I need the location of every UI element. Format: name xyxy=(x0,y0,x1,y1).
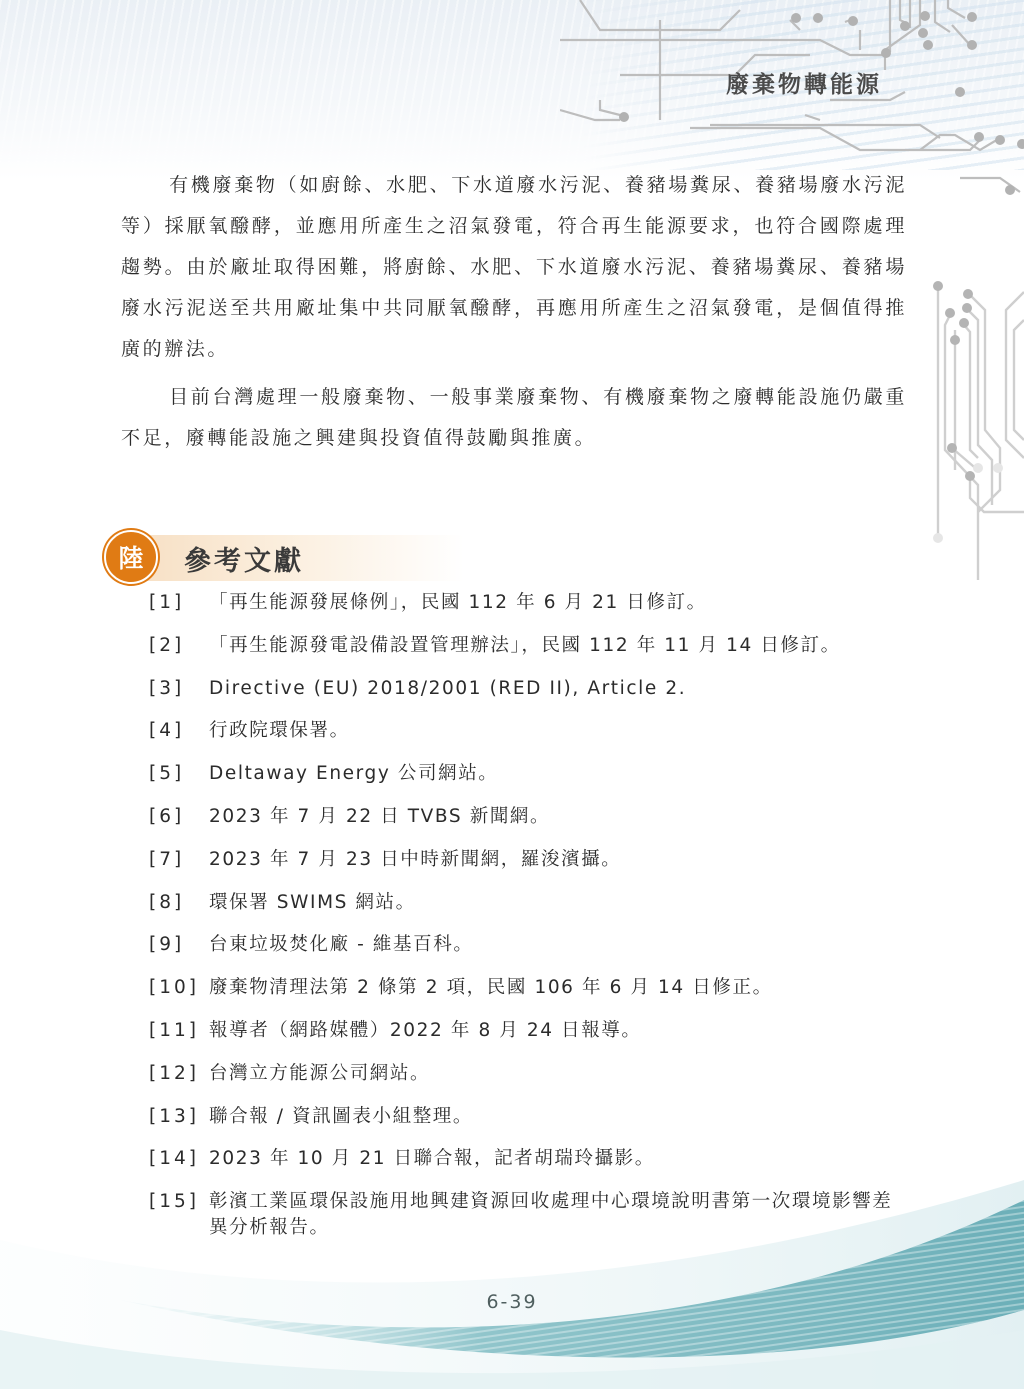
reference-text: 台東垃圾焚化廠 - 維基百科。 xyxy=(209,932,919,958)
footer-wave-background xyxy=(0,1180,1024,1389)
reference-number: [3] xyxy=(149,676,184,702)
reference-text: 報導者（網路媒體）2022 年 8 月 24 日報導。 xyxy=(209,1018,919,1044)
section-title: 參考文獻 xyxy=(184,539,304,578)
reference-item: [1]「再生能源發展條例」，民國 112 年 6 月 21 日修訂。 xyxy=(149,590,919,616)
reference-text: 「再生能源發展條例」，民國 112 年 6 月 21 日修訂。 xyxy=(209,590,919,616)
reference-number: [13] xyxy=(149,1104,199,1130)
paragraph-text: 有機廢棄物（如廚餘、水肥、下水道廢水污泥、養豬場糞尿、養豬場廢水污泥等）採厭氧醱… xyxy=(121,174,907,360)
reference-text: 「再生能源發電設備設置管理辦法」，民國 112 年 11 月 14 日修訂。 xyxy=(209,633,919,659)
running-header-title: 廢棄物轉能源 xyxy=(726,66,882,99)
reference-text: 環保署 SWIMS 網站。 xyxy=(209,890,919,916)
paragraph-text: 目前台灣處理一般廢棄物、一般事業廢棄物、有機廢棄物之廢轉能設施仍嚴重不足，廢轉能… xyxy=(121,386,907,449)
reference-number: [11] xyxy=(149,1018,199,1044)
reference-item: [10]廢棄物清理法第 2 條第 2 項，民國 106 年 6 月 14 日修正… xyxy=(149,975,919,1001)
reference-item: [12]台灣立方能源公司網站。 xyxy=(149,1061,919,1087)
reference-text: Deltaway Energy 公司網站。 xyxy=(209,761,919,787)
body-paragraph-1: 有機廢棄物（如廚餘、水肥、下水道廢水污泥、養豬場糞尿、養豬場廢水污泥等）採厭氧醱… xyxy=(121,165,907,370)
reference-text: 台灣立方能源公司網站。 xyxy=(209,1061,919,1087)
references-list: [1]「再生能源發展條例」，民國 112 年 6 月 21 日修訂。 [2]「再… xyxy=(149,590,919,1258)
reference-number: [2] xyxy=(149,633,184,659)
reference-text: 行政院環保署。 xyxy=(209,718,919,744)
reference-number: [7] xyxy=(149,847,184,873)
reference-item: [6]2023 年 7 月 22 日 TVBS 新聞網。 xyxy=(149,804,919,830)
reference-text: 2023 年 7 月 23 日中時新聞網，羅浚濱攝。 xyxy=(209,847,919,873)
reference-text: Directive (EU) 2018/2001 (RED II), Artic… xyxy=(209,676,919,702)
body-paragraph-2: 目前台灣處理一般廢棄物、一般事業廢棄物、有機廢棄物之廢轉能設施仍嚴重不足，廢轉能… xyxy=(121,377,907,459)
reference-number: [8] xyxy=(149,890,184,916)
reference-text: 聯合報 / 資訊圖表小組整理。 xyxy=(209,1104,919,1130)
reference-number: [1] xyxy=(149,590,184,616)
reference-number: [12] xyxy=(149,1061,199,1087)
reference-number: [5] xyxy=(149,761,184,787)
reference-item: [13]聯合報 / 資訊圖表小組整理。 xyxy=(149,1104,919,1130)
section-heading: 陸 參考文獻 xyxy=(104,530,464,586)
wave-graphic xyxy=(0,1180,1024,1389)
reference-number: [6] xyxy=(149,804,184,830)
section-number-badge: 陸 xyxy=(104,530,158,584)
reference-item: [7]2023 年 7 月 23 日中時新聞網，羅浚濱攝。 xyxy=(149,847,919,873)
reference-item: [4]行政院環保署。 xyxy=(149,718,919,744)
reference-text: 2023 年 10 月 21 日聯合報，記者胡瑞玲攝影。 xyxy=(209,1146,919,1172)
reference-item: [8]環保署 SWIMS 網站。 xyxy=(149,890,919,916)
reference-item: [14]2023 年 10 月 21 日聯合報，記者胡瑞玲攝影。 xyxy=(149,1146,919,1172)
reference-item: [3]Directive (EU) 2018/2001 (RED II), Ar… xyxy=(149,676,919,702)
reference-text: 2023 年 7 月 22 日 TVBS 新聞網。 xyxy=(209,804,919,830)
reference-number: [4] xyxy=(149,718,184,744)
reference-number: [14] xyxy=(149,1146,199,1172)
reference-number: [9] xyxy=(149,932,184,958)
reference-item: [2]「再生能源發電設備設置管理辦法」，民國 112 年 11 月 14 日修訂… xyxy=(149,633,919,659)
reference-item: [5]Deltaway Energy 公司網站。 xyxy=(149,761,919,787)
reference-item: [11]報導者（網路媒體）2022 年 8 月 24 日報導。 xyxy=(149,1018,919,1044)
reference-text: 廢棄物清理法第 2 條第 2 項，民國 106 年 6 月 14 日修正。 xyxy=(209,975,919,1001)
reference-number: [10] xyxy=(149,975,199,1001)
reference-item: [9]台東垃圾焚化廠 - 維基百科。 xyxy=(149,932,919,958)
circuit-decoration-right xyxy=(930,280,1024,580)
page-number: 6-39 xyxy=(0,1291,1024,1313)
